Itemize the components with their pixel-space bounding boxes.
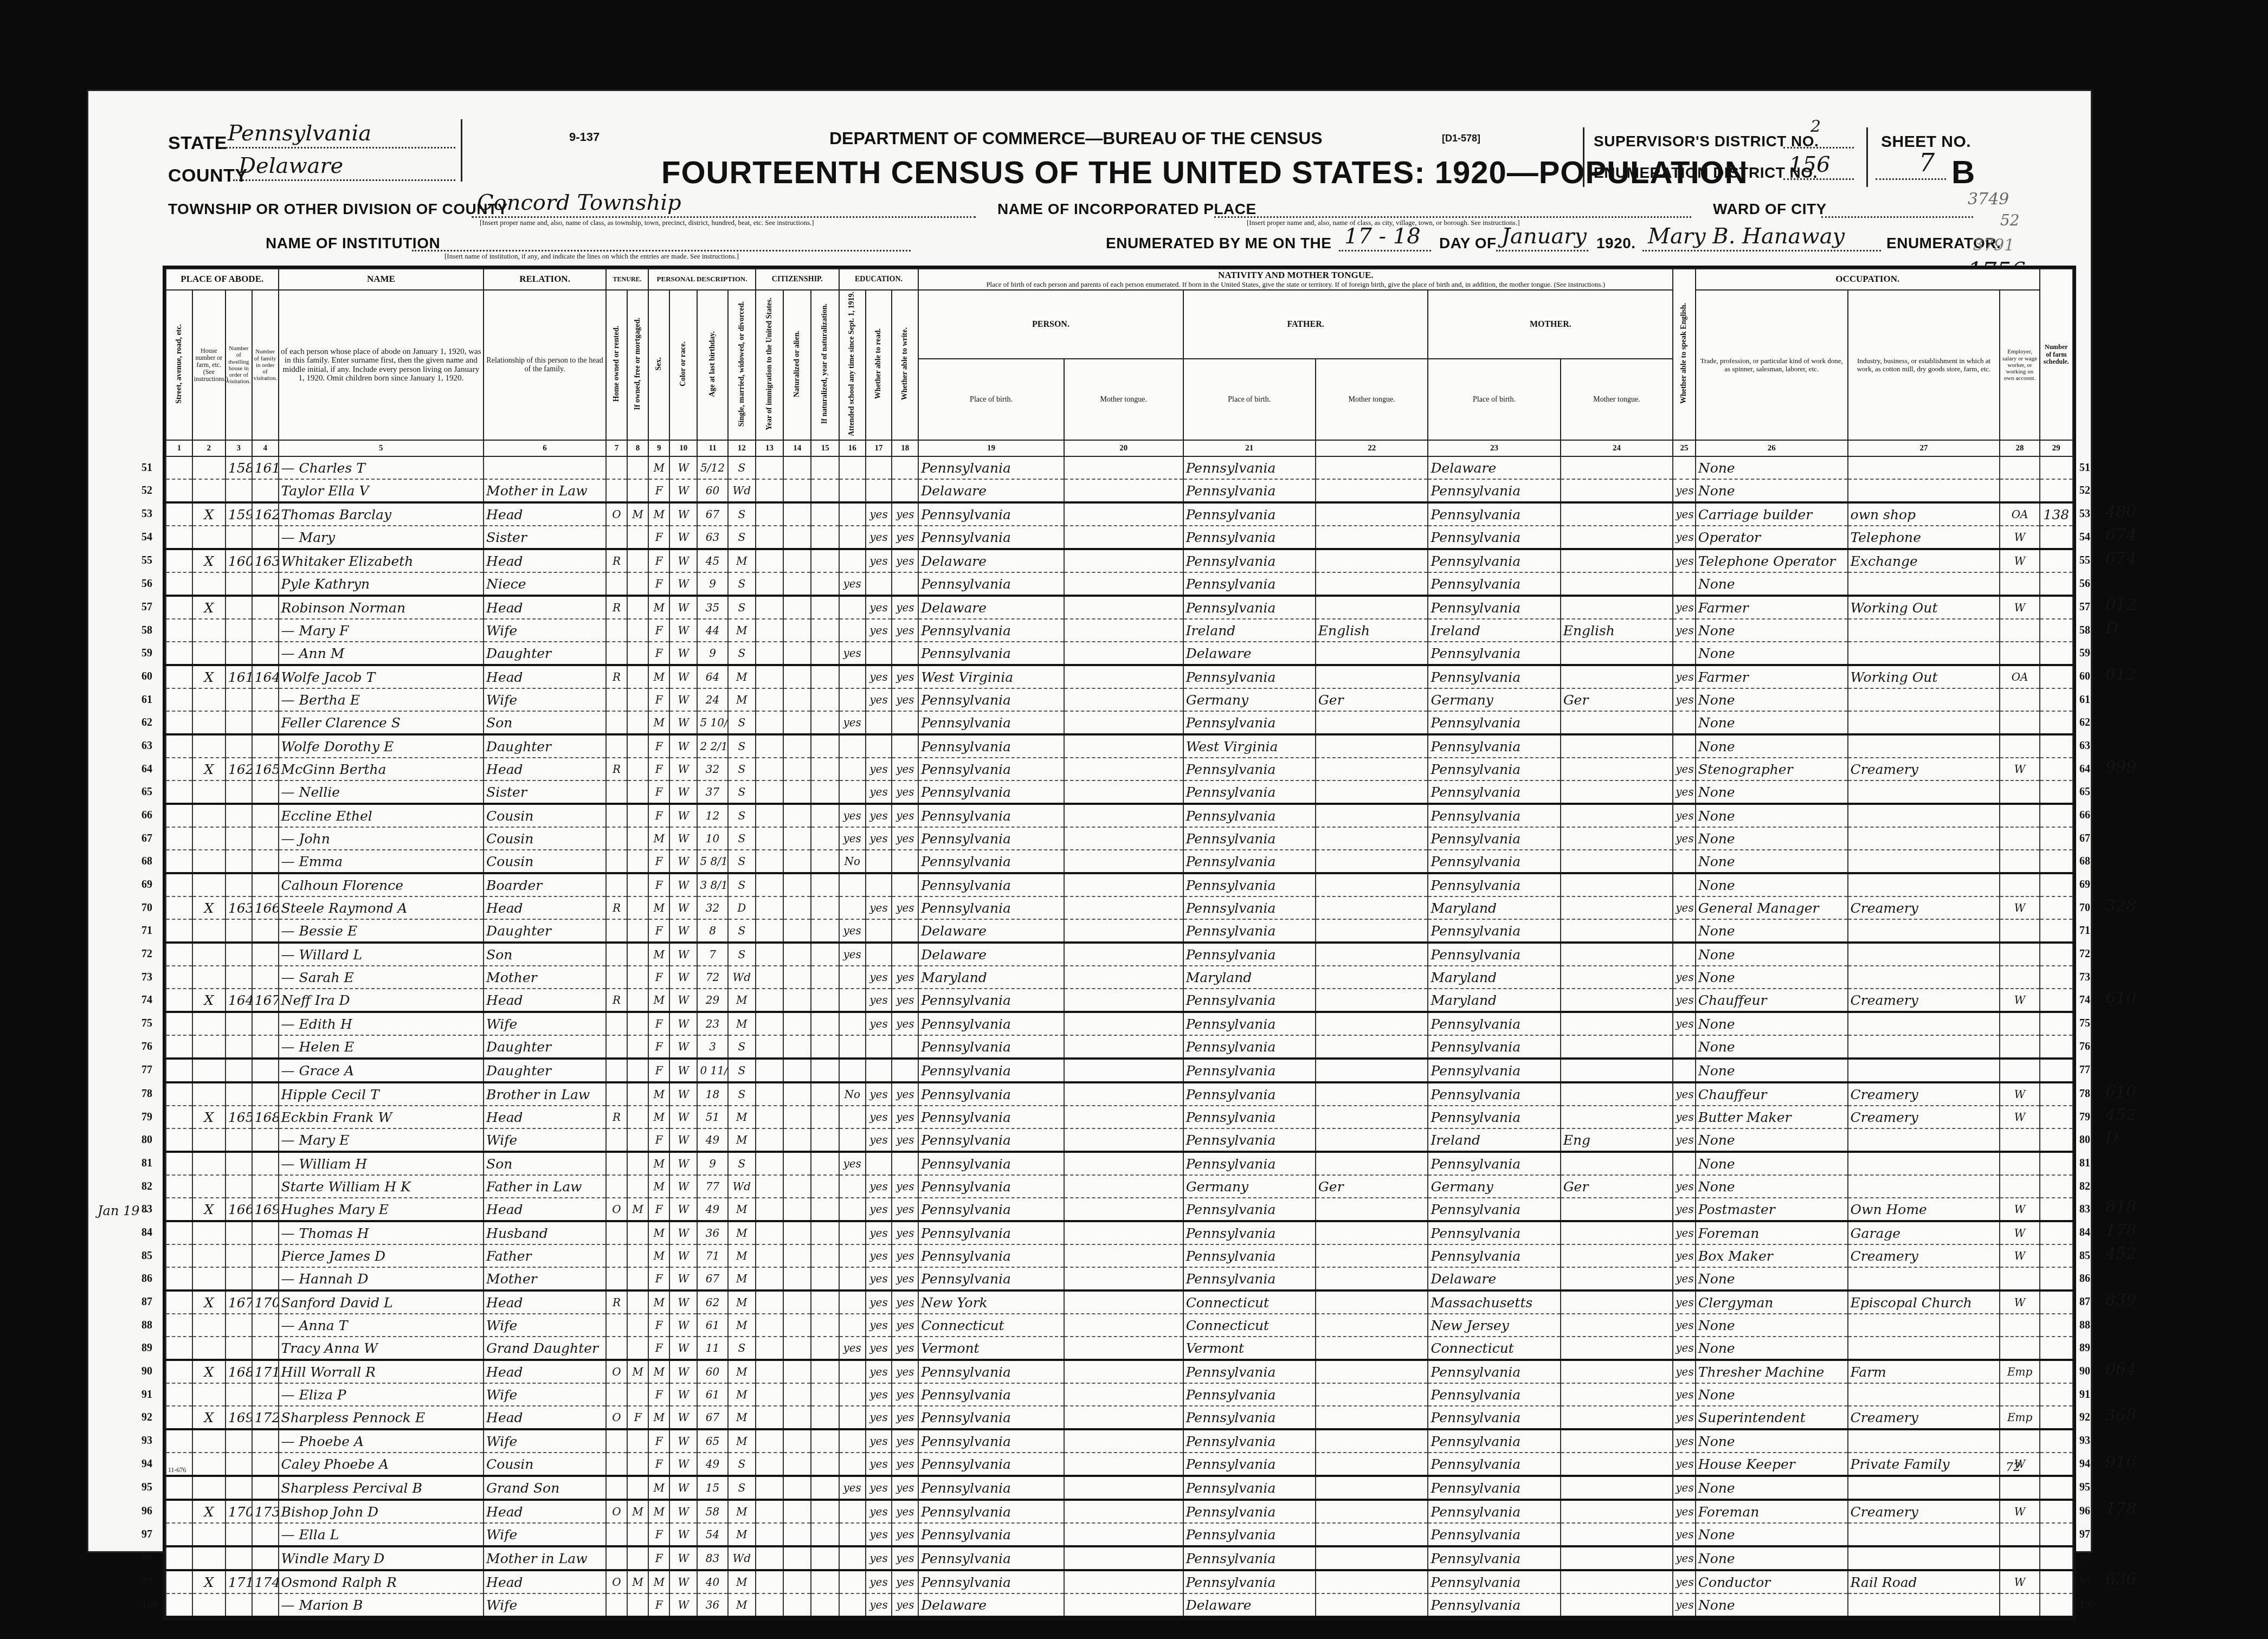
- cell-industry: [1848, 1035, 2000, 1059]
- cell-m-birth: Pennsylvania: [1428, 479, 1560, 502]
- cell-trade: Foreman: [1696, 1500, 1848, 1523]
- cell-f-tongue: [1316, 642, 1428, 665]
- cell-m-tongue: English: [1561, 619, 1673, 642]
- cell-race: W: [669, 1035, 697, 1059]
- cell-trade: Carriage builder: [1696, 502, 1848, 526]
- cell-family: [252, 1175, 279, 1198]
- cell-m-tongue: [1561, 1337, 1673, 1360]
- cell-industry: [1848, 1593, 2000, 1617]
- cell-trade: Foreman: [1696, 1221, 1848, 1244]
- cell-class: W: [2000, 526, 2039, 549]
- cell-english: yes: [1673, 1570, 1696, 1593]
- cell-m-tongue: [1561, 1267, 1673, 1290]
- state-value: Pennsylvania: [228, 121, 371, 146]
- cell-trade: Thresher Machine: [1696, 1360, 1848, 1383]
- table-row: Wolfe Dorothy EDaughterFW2 2/12SPennsylv…: [166, 734, 2073, 758]
- cell-m-birth: Pennsylvania: [1428, 1476, 1560, 1500]
- cell-english: yes: [1673, 502, 1696, 526]
- cell-own: [606, 1221, 627, 1244]
- cell-mort: [627, 734, 648, 758]
- col-16-head: Attended school any time since Sept. 1, …: [839, 290, 866, 440]
- line-number-right: 67: [2079, 833, 2090, 845]
- cell-farm: [2040, 1290, 2073, 1314]
- enumeration-value: 156: [1789, 152, 1830, 177]
- cell-age: 18: [697, 1082, 727, 1106]
- cell-street: [166, 1360, 192, 1383]
- cell-marital: S: [728, 596, 756, 619]
- group-abode: PLACE OF ABODE.: [166, 269, 279, 290]
- table-row: — Thomas HHusbandMW36MyesyesPennsylvania…: [166, 1221, 2073, 1244]
- cell-nat: [783, 526, 811, 549]
- cell-m-tongue: [1561, 1546, 1673, 1570]
- cell-name: — Bessie E: [279, 919, 484, 943]
- cell-birth: Delaware: [918, 1593, 1064, 1617]
- cell-imm: [756, 479, 783, 502]
- cell-f-birth: Pennsylvania: [1183, 1360, 1316, 1383]
- cell-farm: [2040, 1244, 2073, 1267]
- cell-relation: Wife: [484, 1012, 606, 1035]
- cell-nat: [783, 919, 811, 943]
- cell-f-tongue: [1316, 943, 1428, 966]
- table-row: X165168Eckbin Frank WHeadRMW51MyesyesPen…: [166, 1106, 2073, 1128]
- cell-race: W: [669, 1012, 697, 1035]
- cell-f-birth: Pennsylvania: [1183, 1406, 1316, 1429]
- cell-street: [166, 1429, 192, 1453]
- cell-own: [606, 804, 627, 827]
- cell-mort: [627, 1314, 648, 1337]
- cell-race: W: [669, 734, 697, 758]
- cell-industry: [1848, 1383, 2000, 1406]
- cell-nat: [783, 734, 811, 758]
- column-number: 18: [892, 440, 918, 456]
- enumerated-month: January: [1502, 224, 1587, 249]
- census-rows: 158161— Charles TMW5/12SPennsylvaniaPenn…: [166, 456, 2073, 1617]
- cell-school: yes: [839, 943, 866, 966]
- cell-m-birth: Pennsylvania: [1428, 549, 1560, 572]
- cell-race: W: [669, 827, 697, 850]
- cell-farm: [2040, 1429, 2073, 1453]
- cell-age: 61: [697, 1383, 727, 1406]
- cell-f-tongue: [1316, 1152, 1428, 1175]
- cell-relation: Head: [484, 1406, 606, 1429]
- cell-write: yes: [892, 1012, 918, 1035]
- cell-sex: M: [648, 1152, 669, 1175]
- cell-write: yes: [892, 1546, 918, 1570]
- cell-race: W: [669, 665, 697, 688]
- cell-english: yes: [1673, 758, 1696, 780]
- cell-trade: None: [1696, 1429, 1848, 1453]
- cell-sex: F: [648, 873, 669, 896]
- cell-class: [2000, 1059, 2039, 1082]
- cell-marital: S: [728, 456, 756, 479]
- cell-dwelling: 159: [225, 502, 252, 526]
- cell-house: [192, 780, 225, 804]
- cell-birth: Pennsylvania: [918, 456, 1064, 479]
- institution-field: [412, 226, 911, 251]
- cell-m-birth: Massachusetts: [1428, 1290, 1560, 1314]
- cell-trade: None: [1696, 1175, 1848, 1198]
- cell-marital: S: [728, 873, 756, 896]
- ward-label: WARD OF CITY: [1713, 201, 1827, 218]
- cell-farm: [2040, 1570, 2073, 1593]
- cell-house: [192, 1175, 225, 1198]
- cell-house: [192, 734, 225, 758]
- cell-house: [192, 850, 225, 873]
- cell-relation: Wife: [484, 1523, 606, 1546]
- cell-dwelling: [225, 1546, 252, 1570]
- cell-age: 23: [697, 1012, 727, 1035]
- cell-read: yes: [866, 1523, 892, 1546]
- cell-write: yes: [892, 1290, 918, 1314]
- cell-write: yes: [892, 1429, 918, 1453]
- cell-m-tongue: [1561, 1570, 1673, 1593]
- cell-write: yes: [892, 549, 918, 572]
- cell-name: — Emma: [279, 850, 484, 873]
- cell-name: — Bertha E: [279, 688, 484, 711]
- cell-marital: M: [728, 688, 756, 711]
- cell-farm: [2040, 1337, 2073, 1360]
- cell-farm: [2040, 1221, 2073, 1244]
- cell-m-birth: Ireland: [1428, 619, 1560, 642]
- cell-imm: [756, 1221, 783, 1244]
- cell-relation: [484, 456, 606, 479]
- cell-relation: Head: [484, 665, 606, 688]
- cell-family: 172: [252, 1406, 279, 1429]
- township-value: Concord Township: [477, 190, 681, 215]
- cell-birth: Pennsylvania: [918, 1128, 1064, 1152]
- group-name: NAME: [279, 269, 484, 290]
- cell-relation: Head: [484, 1570, 606, 1593]
- line-number-right: 93: [2079, 1435, 2090, 1447]
- cell-mort: [627, 1453, 648, 1476]
- cell-f-birth: Pennsylvania: [1183, 989, 1316, 1012]
- cell-mort: [627, 1106, 648, 1128]
- cell-m-birth: Germany: [1428, 688, 1560, 711]
- cell-house: [192, 1429, 225, 1453]
- cell-race: W: [669, 526, 697, 549]
- cell-age: 62: [697, 1290, 727, 1314]
- cell-english: yes: [1673, 1175, 1696, 1198]
- cell-family: [252, 1546, 279, 1570]
- cell-natyr: [811, 1360, 839, 1383]
- table-row: Feller Clarence SSonMW5 10/12SyesPennsyl…: [166, 711, 2073, 734]
- cell-marital: M: [728, 1500, 756, 1523]
- cell-f-tongue: [1316, 850, 1428, 873]
- cell-relation: Daughter: [484, 919, 606, 943]
- cell-farm: [2040, 896, 2073, 919]
- line-number-left: 83: [141, 1203, 152, 1216]
- cell-industry: Creamery: [1848, 1500, 2000, 1523]
- cell-english: yes: [1673, 1221, 1696, 1244]
- cell-mort: [627, 1337, 648, 1360]
- cell-read: yes: [866, 549, 892, 572]
- cell-trade: Butter Maker: [1696, 1106, 1848, 1128]
- cell-house: [192, 1453, 225, 1476]
- cell-own: [606, 456, 627, 479]
- table-row: — Ann MDaughterFW9SyesPennsylvaniaDelawa…: [166, 642, 2073, 665]
- cell-read: [866, 479, 892, 502]
- line-number-left: 66: [141, 809, 152, 822]
- cell-dwelling: [225, 1267, 252, 1290]
- cell-age: 35: [697, 596, 727, 619]
- cell-m-tongue: [1561, 780, 1673, 804]
- cell-m-birth: Pennsylvania: [1428, 711, 1560, 734]
- cell-write: yes: [892, 665, 918, 688]
- cell-natyr: [811, 1082, 839, 1106]
- cell-own: [606, 479, 627, 502]
- cell-mort: [627, 1267, 648, 1290]
- col-28-head: Employer, salary or wage worker, or work…: [2000, 290, 2039, 440]
- cell-age: 9: [697, 1152, 727, 1175]
- cell-industry: [1848, 1152, 2000, 1175]
- cell-class: [2000, 966, 2039, 989]
- cell-imm: [756, 1593, 783, 1617]
- cell-imm: [756, 619, 783, 642]
- cell-imm: [756, 1059, 783, 1082]
- cell-age: 3: [697, 1035, 727, 1059]
- cell-dwelling: [225, 1337, 252, 1360]
- cell-m-tongue: [1561, 1383, 1673, 1406]
- cell-age: 7: [697, 943, 727, 966]
- cell-m-birth: Pennsylvania: [1428, 596, 1560, 619]
- cell-tongue: [1064, 1012, 1183, 1035]
- cell-birth: Pennsylvania: [918, 619, 1064, 642]
- cell-trade: None: [1696, 1546, 1848, 1570]
- cell-race: W: [669, 1570, 697, 1593]
- cell-farm: [2040, 1267, 2073, 1290]
- line-number-left: 67: [141, 833, 152, 845]
- cell-read: yes: [866, 827, 892, 850]
- cell-f-birth: Pennsylvania: [1183, 1106, 1316, 1128]
- table-row: — Grace ADaughterFW0 11/12SPennsylvaniaP…: [166, 1059, 2073, 1082]
- cell-dwelling: [225, 943, 252, 966]
- cell-nat: [783, 1128, 811, 1152]
- sheet-side: B: [1951, 153, 1975, 191]
- cell-sex: F: [648, 758, 669, 780]
- cell-age: 5 10/12: [697, 711, 727, 734]
- cell-f-tongue: [1316, 1546, 1428, 1570]
- cell-write: yes: [892, 1523, 918, 1546]
- cell-read: yes: [866, 1198, 892, 1221]
- cell-school: yes: [839, 572, 866, 596]
- cell-family: 170: [252, 1290, 279, 1314]
- cell-f-birth: Pennsylvania: [1183, 1082, 1316, 1106]
- cell-write: [892, 734, 918, 758]
- cell-nat: [783, 896, 811, 919]
- line-number-left: 76: [141, 1041, 152, 1053]
- cell-birth: Pennsylvania: [918, 1221, 1064, 1244]
- table-row: XRobinson NormanHeadRMW35SyesyesDelaware…: [166, 596, 2073, 619]
- col-1-head: Street, avenue, road, etc.: [166, 290, 192, 440]
- cell-m-birth: Pennsylvania: [1428, 1152, 1560, 1175]
- cell-read: [866, 943, 892, 966]
- occupation-code: 328: [2105, 896, 2136, 915]
- cell-dwelling: [225, 827, 252, 850]
- line-number-left: 100: [141, 1599, 158, 1611]
- cell-dwelling: 169: [225, 1406, 252, 1429]
- cell-imm: [756, 572, 783, 596]
- cell-dwelling: [225, 966, 252, 989]
- cell-nat: [783, 873, 811, 896]
- col-5-head: of each person whose place of abode on J…: [279, 290, 484, 440]
- cell-m-birth: Pennsylvania: [1428, 642, 1560, 665]
- cell-family: 163: [252, 549, 279, 572]
- cell-street: [166, 688, 192, 711]
- cell-school: [839, 1290, 866, 1314]
- cell-m-tongue: [1561, 1012, 1673, 1035]
- cell-tongue: [1064, 1406, 1183, 1429]
- cell-own: [606, 1383, 627, 1406]
- cell-class: [2000, 1128, 2039, 1152]
- cell-school: [839, 1546, 866, 1570]
- census-table: PLACE OF ABODE. NAME RELATION. TENURE. P…: [163, 266, 2076, 1621]
- cell-dwelling: [225, 1128, 252, 1152]
- cell-read: yes: [866, 1453, 892, 1476]
- cell-marital: Wd: [728, 1546, 756, 1570]
- sheet-value: 7: [1919, 148, 1935, 177]
- cell-class: W: [2000, 1198, 2039, 1221]
- cell-class: W: [2000, 1244, 2039, 1267]
- cell-farm: [2040, 1128, 2073, 1152]
- cell-age: 32: [697, 758, 727, 780]
- cell-school: [839, 456, 866, 479]
- cell-relation: Cousin: [484, 827, 606, 850]
- cell-m-birth: New Jersey: [1428, 1314, 1560, 1337]
- cell-f-birth: Pennsylvania: [1183, 456, 1316, 479]
- cell-birth: Pennsylvania: [918, 1476, 1064, 1500]
- cell-marital: M: [728, 1570, 756, 1593]
- line-number-left: 82: [141, 1180, 152, 1193]
- cell-f-tongue: Ger: [1316, 688, 1428, 711]
- cell-family: [252, 1314, 279, 1337]
- cell-name: Windle Mary D: [279, 1546, 484, 1570]
- cell-f-birth: Pennsylvania: [1183, 896, 1316, 919]
- cell-natyr: [811, 596, 839, 619]
- cell-imm: [756, 1570, 783, 1593]
- cell-farm: [2040, 804, 2073, 827]
- cell-trade: Clergyman: [1696, 1290, 1848, 1314]
- cell-class: [2000, 1152, 2039, 1175]
- cell-tongue: [1064, 1523, 1183, 1546]
- column-number: 25: [1673, 440, 1696, 456]
- cell-industry: [1848, 456, 2000, 479]
- cell-read: [866, 873, 892, 896]
- cell-name: — Grace A: [279, 1059, 484, 1082]
- cell-street: [166, 1406, 192, 1429]
- cell-class: OA: [2000, 665, 2039, 688]
- cell-write: yes: [892, 1314, 918, 1337]
- cell-mort: [627, 711, 648, 734]
- cell-street: [166, 711, 192, 734]
- col-29-head: Number of farm schedule.: [2040, 269, 2073, 440]
- occupation-code: 178: [2105, 1500, 2136, 1519]
- cell-industry: [1848, 873, 2000, 896]
- cell-english: yes: [1673, 1314, 1696, 1337]
- cell-farm: [2040, 1152, 2073, 1175]
- col-9-head: Sex.: [648, 290, 669, 440]
- line-number-left: 78: [141, 1088, 152, 1100]
- cell-nat: [783, 1546, 811, 1570]
- cell-f-birth: Pennsylvania: [1183, 479, 1316, 502]
- cell-street: [166, 1244, 192, 1267]
- cell-relation: Grand Daughter: [484, 1337, 606, 1360]
- cell-class: [2000, 804, 2039, 827]
- cell-write: [892, 642, 918, 665]
- column-number: 3: [225, 440, 252, 456]
- line-number-left: 70: [141, 902, 152, 914]
- line-number-right: 59: [2079, 647, 2090, 660]
- cell-birth: Pennsylvania: [918, 780, 1064, 804]
- cell-imm: [756, 943, 783, 966]
- cell-industry: [1848, 919, 2000, 943]
- cell-relation: Wife: [484, 1128, 606, 1152]
- cell-name: Calhoun Florence: [279, 873, 484, 896]
- cell-f-tongue: [1316, 1221, 1428, 1244]
- cell-natyr: [811, 642, 839, 665]
- line-number-right: 95: [2079, 1481, 2090, 1494]
- cell-write: yes: [892, 688, 918, 711]
- cell-natyr: [811, 1453, 839, 1476]
- cell-farm: [2040, 1593, 2073, 1617]
- cell-name: Tracy Anna W: [279, 1337, 484, 1360]
- cell-street: [166, 966, 192, 989]
- cell-nat: [783, 1383, 811, 1406]
- cell-own: [606, 850, 627, 873]
- cell-industry: Creamery: [1848, 989, 2000, 1012]
- cell-name: Sharpless Percival B: [279, 1476, 484, 1500]
- cell-trade: None: [1696, 734, 1848, 758]
- cell-house: X: [192, 502, 225, 526]
- cell-imm: [756, 1290, 783, 1314]
- cell-house: [192, 1059, 225, 1082]
- cell-birth: Pennsylvania: [918, 1523, 1064, 1546]
- cell-dwelling: [225, 873, 252, 896]
- cell-write: yes: [892, 1221, 918, 1244]
- cell-relation: Head: [484, 1290, 606, 1314]
- cell-school: [839, 1059, 866, 1082]
- cell-farm: [2040, 1175, 2073, 1198]
- cell-birth: Pennsylvania: [918, 572, 1064, 596]
- line-number-right: 77: [2079, 1064, 2090, 1076]
- cell-marital: M: [728, 1314, 756, 1337]
- cell-name: — Mary: [279, 526, 484, 549]
- cell-house: [192, 1314, 225, 1337]
- line-number-right: 62: [2079, 717, 2090, 729]
- cell-sex: F: [648, 1337, 669, 1360]
- cell-family: 173: [252, 1500, 279, 1523]
- cell-trade: Telephone Operator: [1696, 549, 1848, 572]
- cell-family: [252, 966, 279, 989]
- col-26-head: Trade, profession, or particular kind of…: [1696, 290, 1848, 440]
- cell-family: 167: [252, 989, 279, 1012]
- cell-farm: [2040, 1476, 2073, 1500]
- cell-name: — Mary F: [279, 619, 484, 642]
- cell-f-tongue: [1316, 1012, 1428, 1035]
- cell-dwelling: [225, 479, 252, 502]
- cell-class: [2000, 479, 2039, 502]
- col-23-head: Place of birth.: [1428, 359, 1560, 440]
- cell-write: yes: [892, 1128, 918, 1152]
- cell-industry: [1848, 804, 2000, 827]
- col-19-head: Place of birth.: [918, 359, 1064, 440]
- cell-name: Eccline Ethel: [279, 804, 484, 827]
- cell-industry: [1848, 1267, 2000, 1290]
- cell-m-tongue: [1561, 1082, 1673, 1106]
- cell-relation: Son: [484, 1152, 606, 1175]
- cell-age: 9: [697, 572, 727, 596]
- cell-write: yes: [892, 1267, 918, 1290]
- cell-own: [606, 966, 627, 989]
